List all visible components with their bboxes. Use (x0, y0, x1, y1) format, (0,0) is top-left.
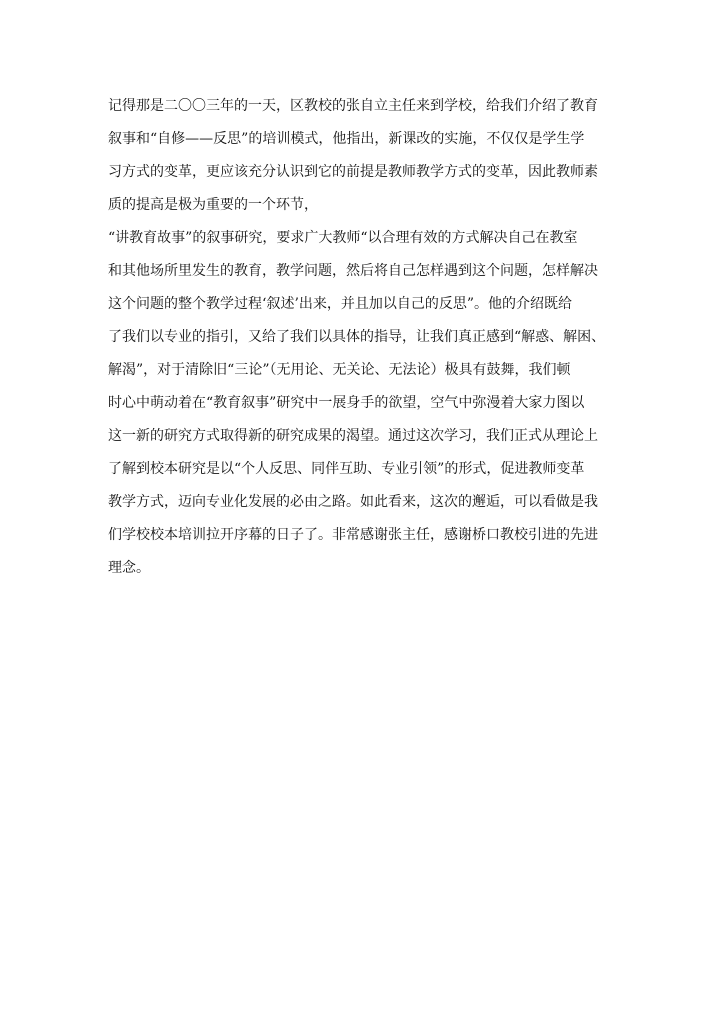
document-body: 记得那是二〇〇三年的一天，区教校的张自立主任来到学校，给我们介绍了教育 叙事和“… (108, 95, 618, 590)
text-line: “讲教育故事”的叙事研究，要求广大教师“以合理有效的方式解决自己在教室 (108, 227, 618, 260)
text-line: 们学校校本培训拉开序幕的日子了。非常感谢张主任，感谢桥口教校引进的先进 (108, 524, 618, 557)
text-line: 了我们以专业的指引，又给了我们以具体的指导，让我们真正感到“解惑、解困、 (108, 326, 618, 359)
text-line: 了解到校本研究是以“个人反思、同伴互助、专业引领”的形式，促进教师变革 (108, 458, 618, 491)
text-line: 教学方式，迈向专业化发展的必由之路。如此看来，这次的邂逅，可以看做是我 (108, 491, 618, 524)
text-line: 习方式的变革，更应该充分认识到它的前提是教师教学方式的变革，因此教师素 (108, 161, 618, 194)
text-line: 叙事和“自修——反思”的培训模式，他指出，新课改的实施，不仅仅是学生学 (108, 128, 618, 161)
text-line: 理念。 (108, 557, 618, 590)
text-line: 和其他场所里发生的教育，教学问题，然后将自己怎样遇到这个问题，怎样解决 (108, 260, 618, 293)
text-line: 记得那是二〇〇三年的一天，区教校的张自立主任来到学校，给我们介绍了教育 (108, 95, 618, 128)
text-line: 质的提高是极为重要的一个环节， (108, 194, 618, 227)
text-line: 解渴”，对于清除旧“三论”（无用论、无关论、无法论）极具有鼓舞，我们顿 (108, 359, 618, 392)
document-page: 记得那是二〇〇三年的一天，区教校的张自立主任来到学校，给我们介绍了教育 叙事和“… (0, 0, 721, 1020)
text-line: 这一新的研究方式取得新的研究成果的渴望。通过这次学习，我们正式从理论上 (108, 425, 618, 458)
text-line: 这个问题的整个教学过程‘叙述’出来，并且加以自己的反思”。他的介绍既给 (108, 293, 618, 326)
text-line: 时心中萌动着在“教育叙事”研究中一展身手的欲望，空气中弥漫着大家力图以 (108, 392, 618, 425)
